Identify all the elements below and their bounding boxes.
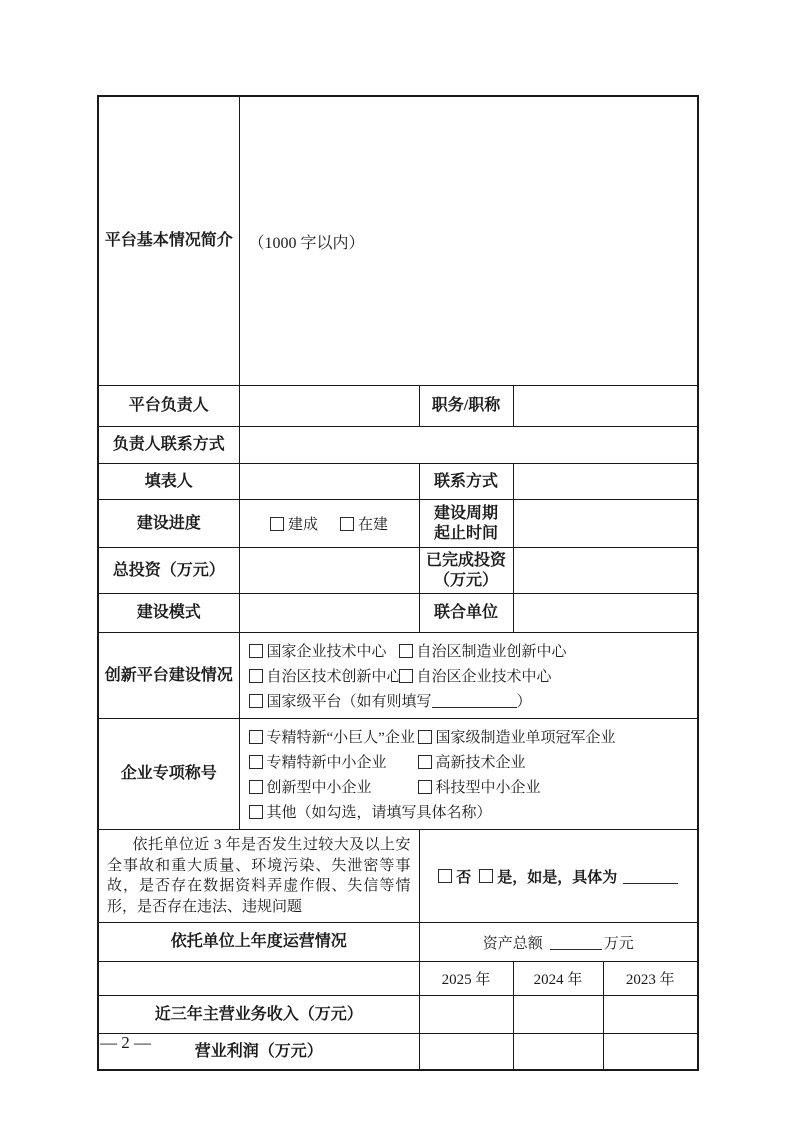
- checkbox-option-innovative-sme[interactable]: 创新型中小企业: [249, 776, 418, 797]
- checkbox-label: 专精特新“小巨人”企业: [267, 726, 415, 747]
- year-header-2025: 2025 年: [419, 962, 513, 996]
- checkbox-label: 在建: [358, 513, 388, 534]
- checkbox-icon[interactable]: [249, 644, 263, 658]
- checkbox-option-region-enterprise-tech-center[interactable]: 自治区企业技术中心: [399, 665, 552, 686]
- checkbox-icon[interactable]: [399, 644, 413, 658]
- joint-unit-input-cell[interactable]: [513, 594, 698, 633]
- checkbox-icon[interactable]: [340, 517, 354, 531]
- field-label-innovation-platform: 创新平台建设情况: [98, 633, 239, 719]
- table-row: 负责人联系方式: [98, 427, 698, 464]
- field-label-progress: 建设进度: [98, 500, 239, 548]
- table-row: 建设进度 建成 在建 建设周期起止时间: [98, 500, 698, 548]
- checkbox-option-no[interactable]: 否: [438, 866, 471, 887]
- checkbox-option-region-tech-innovation-center[interactable]: 自治区技术创新中心: [249, 665, 399, 686]
- checkbox-icon[interactable]: [438, 869, 452, 883]
- checkbox-option-specialized-sme[interactable]: 专精特新中小企业: [249, 751, 418, 772]
- table-row: 企业专项称号 专精特新“小巨人”企业 国家级制造业单项冠军企业 专精特新中小企业: [98, 719, 698, 830]
- checkbox-option-other[interactable]: 其他（如勾选，请填写具体名称）: [249, 801, 492, 822]
- compliance-answer-cell: 否 是，如是，具体为: [419, 830, 698, 923]
- checkbox-icon[interactable]: [249, 780, 263, 794]
- year-header-2023: 2023 年: [603, 962, 698, 996]
- checkbox-label: 否: [456, 866, 471, 887]
- platform-intro-input-cell[interactable]: （1000 字以内）: [239, 96, 698, 386]
- table-row: 创新平台建设情况 国家企业技术中心 自治区制造业创新中心 自治区技术创新中心: [98, 633, 698, 719]
- preparer-contact-input-cell[interactable]: [513, 464, 698, 500]
- field-label-preparer: 填表人: [98, 464, 239, 500]
- field-label-platform-intro: 平台基本情况简介: [98, 96, 239, 386]
- job-title-input-cell[interactable]: [513, 386, 698, 427]
- checkbox-label: 创新型中小企业: [267, 776, 372, 797]
- checkbox-option-under-construction[interactable]: 在建: [340, 513, 388, 534]
- option-line: 专精特新中小企业 高新技术企业: [249, 749, 698, 774]
- fill-in-blank[interactable]: [623, 870, 678, 884]
- construction-mode-input-cell[interactable]: [239, 594, 419, 633]
- field-label-revenue: 近三年主营业务收入（万元）: [98, 996, 419, 1034]
- table-row: 营业利润（万元）: [98, 1034, 698, 1071]
- checkbox-icon[interactable]: [249, 805, 263, 819]
- checkbox-label: 建成: [288, 513, 318, 534]
- option-line: 国家级平台（如有则填写 ）: [249, 688, 698, 713]
- field-label-platform-leader: 平台负责人: [98, 386, 239, 427]
- progress-options-cell: 建成 在建: [239, 500, 419, 548]
- field-label-operation: 依托单位上年度运营情况: [98, 923, 419, 962]
- table-row: 填表人 联系方式: [98, 464, 698, 500]
- option-line: 自治区技术创新中心 自治区企业技术中心: [249, 663, 698, 688]
- completed-investment-input-cell[interactable]: [513, 548, 698, 594]
- checkbox-label: 其他（如勾选，请填写具体名称）: [267, 801, 492, 822]
- table-row: 平台基本情况简介 （1000 字以内）: [98, 96, 698, 386]
- assets-prefix-label: 资产总额: [483, 932, 543, 953]
- table-row: 依托单位近 3 年是否发生过较大及以上安全事故和重大质量、环境污染、失泄密等事故…: [98, 830, 698, 923]
- checkbox-label: 国家级制造业单项冠军企业: [436, 726, 616, 747]
- table-row: 总投资（万元） 已完成投资（万元）: [98, 548, 698, 594]
- checkbox-label: 科技型中小企业: [436, 776, 541, 797]
- checkbox-label: 国家级平台（如有则填写: [267, 690, 432, 711]
- checkbox-option-yes[interactable]: 是，如是，具体为: [479, 866, 617, 887]
- table-row: 建设模式 联合单位: [98, 594, 698, 633]
- fill-in-blank[interactable]: [432, 694, 517, 708]
- table-row: 近三年主营业务收入（万元）: [98, 996, 698, 1034]
- field-label-total-investment: 总投资（万元）: [98, 548, 239, 594]
- leader-contact-input-cell[interactable]: [239, 427, 698, 464]
- checkbox-label: 是，如是，具体为: [497, 866, 617, 887]
- assets-suffix-label: 万元: [604, 932, 634, 953]
- fill-in-blank[interactable]: [550, 936, 602, 950]
- total-assets-cell: 资产总额 万元: [419, 923, 698, 962]
- checkbox-icon[interactable]: [249, 669, 263, 683]
- checkbox-option-little-giant[interactable]: 专精特新“小巨人”企业: [249, 726, 418, 747]
- year-header-spacer-cell: [98, 962, 419, 996]
- platform-application-form-table: 平台基本情况简介 （1000 字以内） 平台负责人 职务/职称 负责人联系方式 …: [97, 95, 699, 1071]
- checkbox-label: 自治区企业技术中心: [417, 665, 552, 686]
- table-row: 平台负责人 职务/职称: [98, 386, 698, 427]
- checkbox-option-high-tech-enterprise[interactable]: 高新技术企业: [418, 751, 526, 772]
- preparer-input-cell[interactable]: [239, 464, 419, 500]
- checkbox-option-national-enterprise-tech-center[interactable]: 国家企业技术中心: [249, 640, 399, 661]
- profit-2023-input-cell[interactable]: [603, 1034, 698, 1071]
- checkbox-option-tech-sme[interactable]: 科技型中小企业: [418, 776, 541, 797]
- field-label-joint-unit: 联合单位: [419, 594, 513, 633]
- checkbox-icon[interactable]: [418, 780, 432, 794]
- page-number: — 2 —: [100, 1033, 151, 1053]
- checkbox-option-built[interactable]: 建成: [270, 513, 318, 534]
- checkbox-label: 专精特新中小企业: [267, 751, 387, 772]
- field-label-enterprise-titles: 企业专项称号: [98, 719, 239, 830]
- revenue-2023-input-cell[interactable]: [603, 996, 698, 1034]
- revenue-2025-input-cell[interactable]: [419, 996, 513, 1034]
- field-label-leader-contact: 负责人联系方式: [98, 427, 239, 464]
- checkbox-icon[interactable]: [249, 730, 263, 744]
- field-label-construction-period: 建设周期起止时间: [419, 500, 513, 548]
- checkbox-icon[interactable]: [399, 669, 413, 683]
- checkbox-icon[interactable]: [418, 730, 432, 744]
- enterprise-titles-options-cell: 专精特新“小巨人”企业 国家级制造业单项冠军企业 专精特新中小企业 高新技术企业: [239, 719, 698, 830]
- checkbox-option-national-level-platform[interactable]: 国家级平台（如有则填写 ）: [249, 690, 532, 711]
- checkbox-icon[interactable]: [270, 517, 284, 531]
- field-label-completed-investment: 已完成投资（万元）: [419, 548, 513, 594]
- platform-leader-input-cell[interactable]: [239, 386, 419, 427]
- option-line: 其他（如勾选，请填写具体名称）: [249, 799, 698, 824]
- construction-period-input-cell[interactable]: [513, 500, 698, 548]
- intro-placeholder: （1000 字以内）: [249, 235, 365, 252]
- checkbox-label: 自治区技术创新中心: [267, 665, 402, 686]
- table-row: 2025 年 2024 年 2023 年: [98, 962, 698, 996]
- field-label-construction-mode: 建设模式: [98, 594, 239, 633]
- option-line: 国家企业技术中心 自治区制造业创新中心: [249, 638, 698, 663]
- option-line: 专精特新“小巨人”企业 国家级制造业单项冠军企业: [249, 724, 698, 749]
- field-label-preparer-contact: 联系方式: [419, 464, 513, 500]
- revenue-2024-input-cell[interactable]: [513, 996, 603, 1034]
- profit-2024-input-cell[interactable]: [513, 1034, 603, 1071]
- checkbox-option-national-single-champion[interactable]: 国家级制造业单项冠军企业: [418, 726, 616, 747]
- checkbox-icon[interactable]: [418, 755, 432, 769]
- checkbox-label: 高新技术企业: [436, 751, 526, 772]
- checkbox-label: 国家企业技术中心: [267, 640, 387, 661]
- year-header-2024: 2024 年: [513, 962, 603, 996]
- profit-2025-input-cell[interactable]: [419, 1034, 513, 1071]
- checkbox-label: 自治区制造业创新中心: [417, 640, 567, 661]
- field-label-job-title: 职务/职称: [419, 386, 513, 427]
- innovation-platform-options-cell: 国家企业技术中心 自治区制造业创新中心 自治区技术创新中心 自治区企业技术中心: [239, 633, 698, 719]
- table-row: 依托单位上年度运营情况 资产总额 万元: [98, 923, 698, 962]
- option-line: 创新型中小企业 科技型中小企业: [249, 774, 698, 799]
- compliance-question-text: 依托单位近 3 年是否发生过较大及以上安全事故和重大质量、环境污染、失泄密等事故…: [98, 830, 419, 923]
- checkbox-option-region-manufacturing-innovation-center[interactable]: 自治区制造业创新中心: [399, 640, 567, 661]
- total-investment-input-cell[interactable]: [239, 548, 419, 594]
- checkbox-icon[interactable]: [479, 869, 493, 883]
- checkbox-label-suffix: ）: [517, 690, 532, 711]
- checkbox-icon[interactable]: [249, 694, 263, 708]
- checkbox-icon[interactable]: [249, 755, 263, 769]
